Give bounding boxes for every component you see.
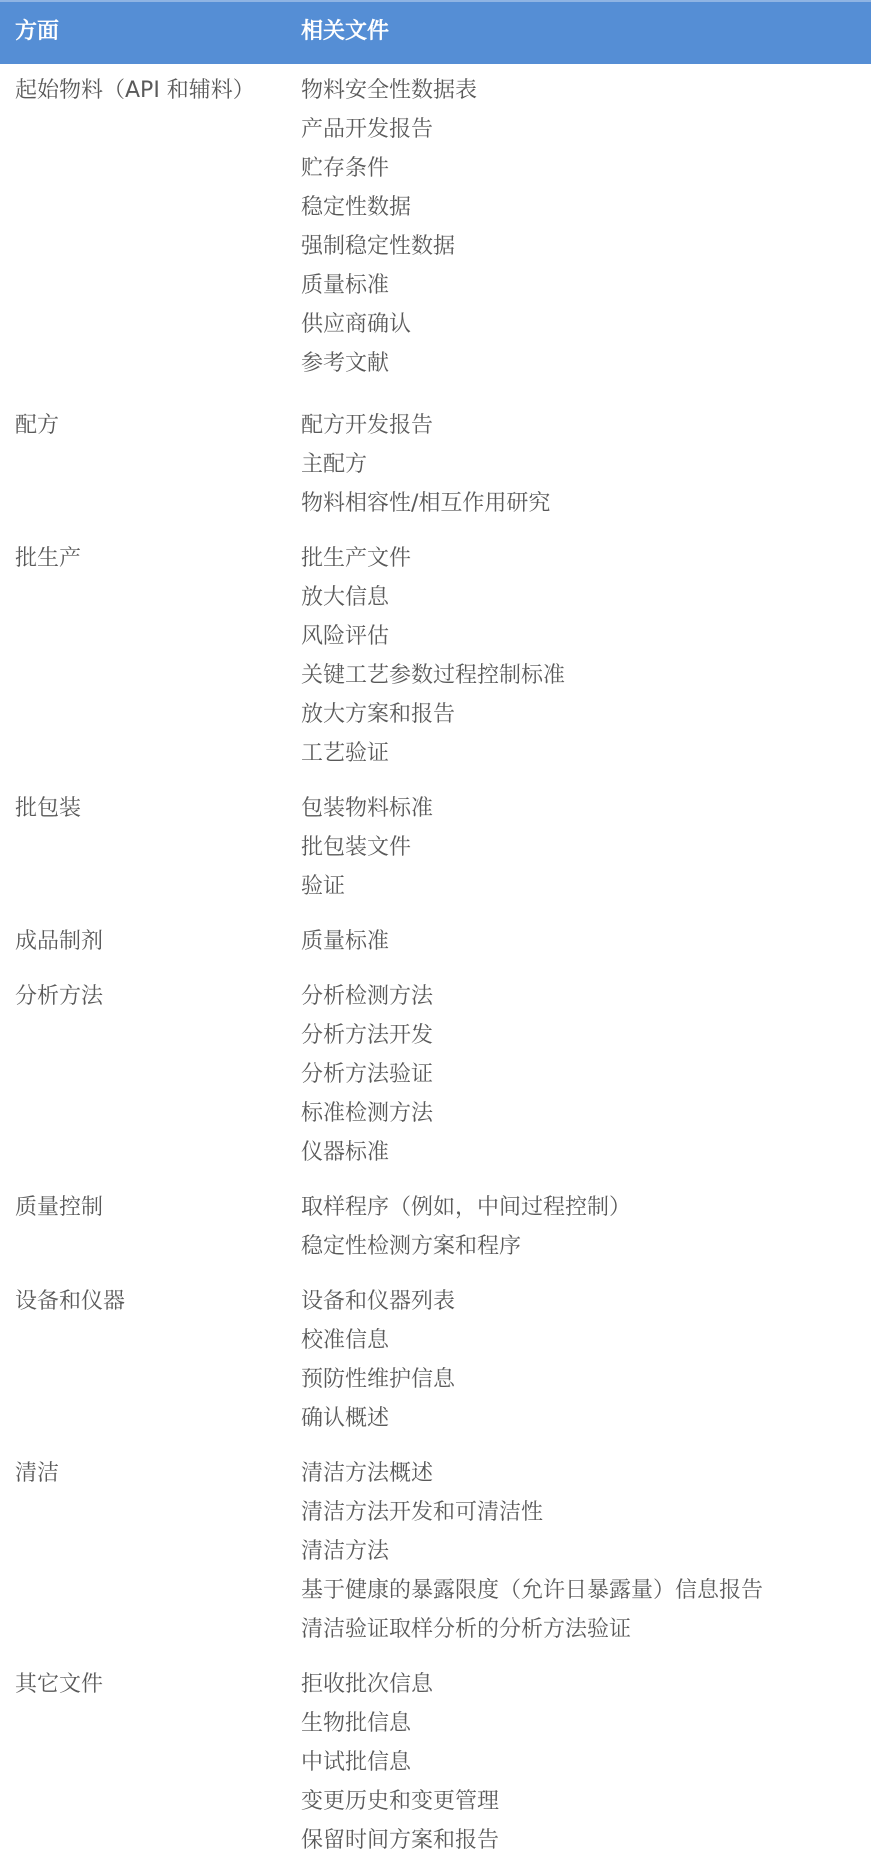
document-item: 生物批信息 bbox=[301, 1704, 871, 1743]
aspect-cell: 配方 bbox=[0, 406, 301, 523]
table-row: 配方配方开发报告主配方物料相容性/相互作用研究 bbox=[0, 398, 871, 531]
table-row: 分析方法分析检测方法分析方法开发分析方法验证标准检测方法仪器标准 bbox=[0, 969, 871, 1180]
document-item: 验证 bbox=[301, 867, 871, 906]
table-row: 其它文件拒收批次信息生物批信息中试批信息变更历史和变更管理保留时间方案和报告 bbox=[0, 1657, 871, 1862]
table-row: 质量控制取样程序（例如，中间过程控制）稳定性检测方案和程序 bbox=[0, 1180, 871, 1274]
aspect-cell: 设备和仪器 bbox=[0, 1282, 301, 1438]
document-item: 批包装文件 bbox=[301, 828, 871, 867]
related-documents-cell: 配方开发报告主配方物料相容性/相互作用研究 bbox=[301, 406, 871, 523]
table-row: 批生产批生产文件放大信息风险评估关键工艺参数过程控制标准放大方案和报告工艺验证 bbox=[0, 531, 871, 781]
document-item: 包装物料标准 bbox=[301, 789, 871, 828]
document-item: 中试批信息 bbox=[301, 1743, 871, 1782]
document-item: 确认概述 bbox=[301, 1399, 871, 1438]
document-item: 放大方案和报告 bbox=[301, 695, 871, 734]
table-header: 方面 相关文件 bbox=[0, 0, 871, 64]
related-documents-cell: 清洁方法概述清洁方法开发和可清洁性清洁方法基于健康的暴露限度（允许日暴露量）信息… bbox=[301, 1454, 871, 1649]
document-item: 设备和仪器列表 bbox=[301, 1282, 871, 1321]
related-documents-cell: 包装物料标准批包装文件验证 bbox=[301, 789, 871, 906]
document-item: 分析方法验证 bbox=[301, 1055, 871, 1094]
aspect-cell: 成品制剂 bbox=[0, 922, 301, 961]
table-row: 设备和仪器设备和仪器列表校准信息预防性维护信息确认概述 bbox=[0, 1274, 871, 1446]
table-row: 批包装包装物料标准批包装文件验证 bbox=[0, 781, 871, 914]
table-body: 起始物料（API 和辅料）物料安全性数据表产品开发报告贮存条件稳定性数据强制稳定… bbox=[0, 64, 871, 1862]
document-item: 产品开发报告 bbox=[301, 110, 871, 149]
document-item: 校准信息 bbox=[301, 1321, 871, 1360]
aspect-cell: 其它文件 bbox=[0, 1665, 301, 1860]
aspect-cell: 起始物料（API 和辅料） bbox=[0, 71, 301, 383]
document-item: 变更历史和变更管理 bbox=[301, 1782, 871, 1821]
header-aspect: 方面 bbox=[15, 2, 59, 62]
documents-table: 方面 相关文件 起始物料（API 和辅料）物料安全性数据表产品开发报告贮存条件稳… bbox=[0, 0, 871, 1863]
table-row: 清洁清洁方法概述清洁方法开发和可清洁性清洁方法基于健康的暴露限度（允许日暴露量）… bbox=[0, 1446, 871, 1657]
related-documents-cell: 设备和仪器列表校准信息预防性维护信息确认概述 bbox=[301, 1282, 871, 1438]
document-item: 标准检测方法 bbox=[301, 1094, 871, 1133]
document-item: 关键工艺参数过程控制标准 bbox=[301, 656, 871, 695]
table-row: 起始物料（API 和辅料）物料安全性数据表产品开发报告贮存条件稳定性数据强制稳定… bbox=[0, 64, 871, 398]
document-item: 稳定性检测方案和程序 bbox=[301, 1227, 871, 1266]
document-item: 主配方 bbox=[301, 445, 871, 484]
related-documents-cell: 批生产文件放大信息风险评估关键工艺参数过程控制标准放大方案和报告工艺验证 bbox=[301, 539, 871, 773]
document-item: 拒收批次信息 bbox=[301, 1665, 871, 1704]
document-item: 配方开发报告 bbox=[301, 406, 871, 445]
aspect-cell: 清洁 bbox=[0, 1454, 301, 1649]
related-documents-cell: 拒收批次信息生物批信息中试批信息变更历史和变更管理保留时间方案和报告 bbox=[301, 1665, 871, 1860]
document-item: 清洁方法开发和可清洁性 bbox=[301, 1493, 871, 1532]
document-item: 质量标准 bbox=[301, 266, 871, 305]
aspect-cell: 质量控制 bbox=[0, 1188, 301, 1266]
document-item: 稳定性数据 bbox=[301, 188, 871, 227]
document-item: 供应商确认 bbox=[301, 305, 871, 344]
document-item: 风险评估 bbox=[301, 617, 871, 656]
document-item: 清洁方法 bbox=[301, 1532, 871, 1571]
document-item: 分析检测方法 bbox=[301, 977, 871, 1016]
document-item: 取样程序（例如，中间过程控制） bbox=[301, 1188, 871, 1227]
document-item: 放大信息 bbox=[301, 578, 871, 617]
table-row: 成品制剂质量标准 bbox=[0, 914, 871, 969]
document-item: 保留时间方案和报告 bbox=[301, 1821, 871, 1860]
document-item: 质量标准 bbox=[301, 922, 871, 961]
aspect-cell: 批生产 bbox=[0, 539, 301, 773]
related-documents-cell: 物料安全性数据表产品开发报告贮存条件稳定性数据强制稳定性数据质量标准供应商确认参… bbox=[301, 71, 871, 383]
document-item: 工艺验证 bbox=[301, 734, 871, 773]
related-documents-cell: 质量标准 bbox=[301, 922, 871, 961]
document-item: 物料相容性/相互作用研究 bbox=[301, 484, 871, 523]
document-item: 基于健康的暴露限度（允许日暴露量）信息报告 bbox=[301, 1571, 871, 1610]
document-item: 批生产文件 bbox=[301, 539, 871, 578]
document-item: 清洁方法概述 bbox=[301, 1454, 871, 1493]
related-documents-cell: 取样程序（例如，中间过程控制）稳定性检测方案和程序 bbox=[301, 1188, 871, 1266]
aspect-cell: 分析方法 bbox=[0, 977, 301, 1172]
document-item: 物料安全性数据表 bbox=[301, 71, 871, 110]
related-documents-cell: 分析检测方法分析方法开发分析方法验证标准检测方法仪器标准 bbox=[301, 977, 871, 1172]
header-related-documents: 相关文件 bbox=[301, 2, 389, 62]
document-item: 贮存条件 bbox=[301, 149, 871, 188]
document-item: 仪器标准 bbox=[301, 1133, 871, 1172]
document-item: 分析方法开发 bbox=[301, 1016, 871, 1055]
document-item: 强制稳定性数据 bbox=[301, 227, 871, 266]
document-item: 清洁验证取样分析的分析方法验证 bbox=[301, 1610, 871, 1649]
document-item: 参考文献 bbox=[301, 344, 871, 383]
document-item: 预防性维护信息 bbox=[301, 1360, 871, 1399]
aspect-cell: 批包装 bbox=[0, 789, 301, 906]
